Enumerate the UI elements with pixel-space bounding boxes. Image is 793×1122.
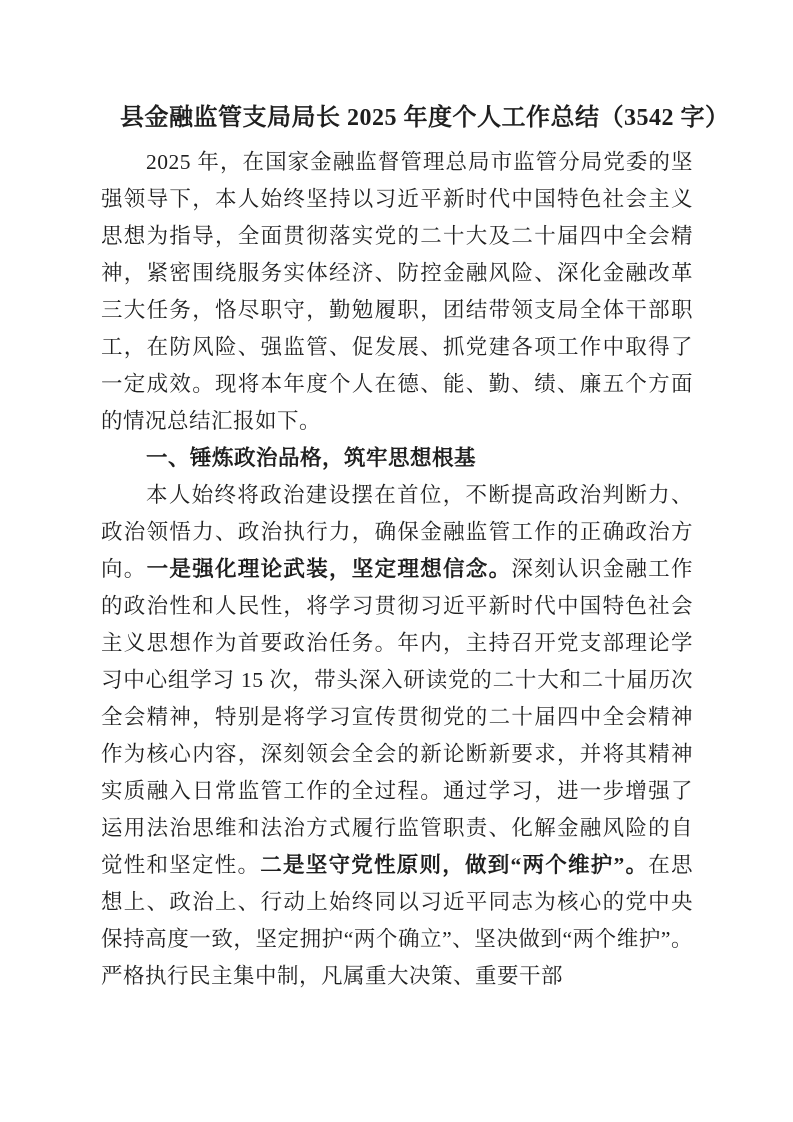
text-run-bold: 二是坚守党性原则，做到“两个维护”。 (260, 853, 648, 877)
document-title: 县金融监管支局局长 2025 年度个人工作总结（3542 字） (101, 96, 693, 140)
text-run-bold: 一是强化理论武装，坚定理想信念。 (147, 557, 512, 581)
text-run: 深刻认识金融工作的政治性和人民性，将学习贯彻习近平新时代中国特色社会主义思想作为… (101, 557, 693, 877)
section-1-paragraph: 本人始终将政治建设摆在首位，不断提高政治判断力、政治领悟力、政治执行力，确保金融… (101, 477, 693, 995)
intro-paragraph: 2025 年，在国家金融监督管理总局市监管分局党委的坚强领导下，本人始终坚持以习… (101, 144, 693, 440)
section-1-heading: 一、锤炼政治品格，筑牢思想根基 (101, 440, 693, 477)
document-page: 县金融监管支局局长 2025 年度个人工作总结（3542 字） 2025 年，在… (0, 0, 793, 1122)
